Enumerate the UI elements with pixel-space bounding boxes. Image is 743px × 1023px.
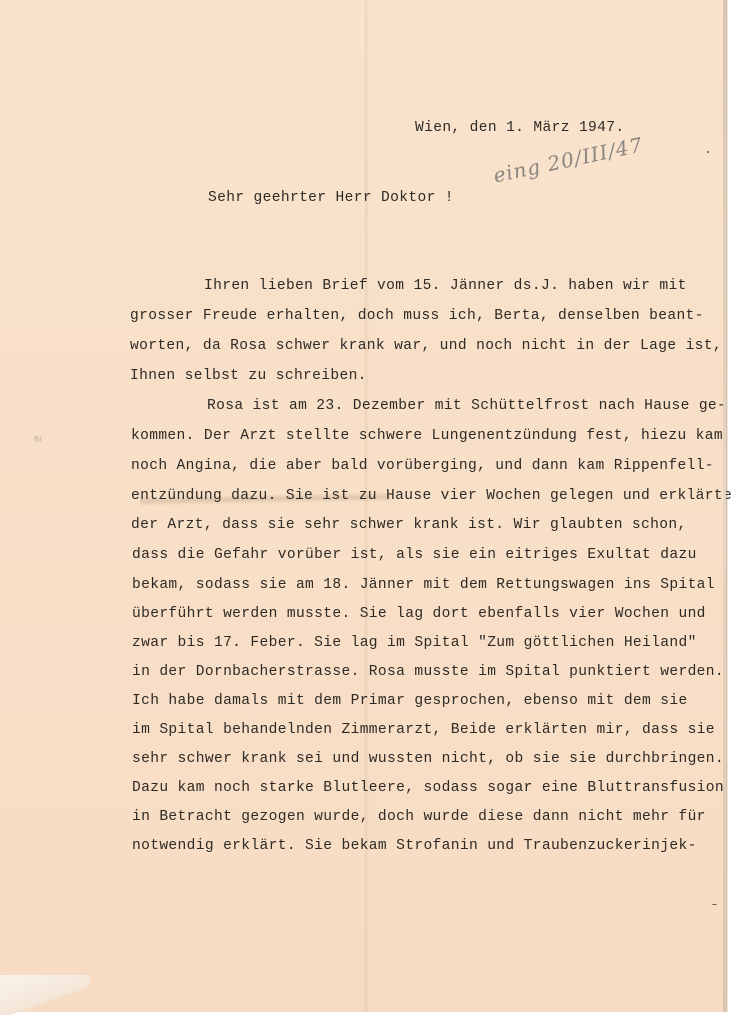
place-date: Wien, den 1. März 1947. <box>415 121 624 136</box>
body-line-15: Ich habe damals mit dem Primar gesproche… <box>132 694 688 709</box>
body-line-19: in Betracht gezogen wurde, doch wurde di… <box>132 810 706 825</box>
salutation: Sehr geehrter Herr Doktor ! <box>208 191 454 206</box>
body-line-16: im Spital behandelnden Zimmerarzt, Beide… <box>132 723 715 738</box>
paper-speck <box>712 904 717 905</box>
body-line-20: notwendig erklärt. Sie bekam Strofanin u… <box>132 839 697 854</box>
body-line-14: in der Dornbacherstrasse. Rosa musste im… <box>132 665 724 680</box>
body-line-18: Dazu kam noch starke Blutleere, sodass s… <box>132 781 724 796</box>
body-line-9: der Arzt, dass sie sehr schwer krank ist… <box>131 518 687 533</box>
body-line-4: Ihnen selbst zu schreiben. <box>130 369 367 384</box>
body-line-8: entzündung dazu. Sie ist zu Hause vier W… <box>131 489 732 504</box>
body-line-6: kommen. Der Arzt stellte schwere Lungene… <box>131 429 723 444</box>
body-line-1: Ihren lieben Brief vom 15. Jänner ds.J. … <box>204 279 687 294</box>
body-line-13: zwar bis 17. Feber. Sie lag im Spital "Z… <box>132 636 697 651</box>
margin-mark: fir <box>34 435 42 444</box>
body-line-11: bekam, sodass sie am 18. Jänner mit dem … <box>132 578 715 593</box>
body-line-5: Rosa ist am 23. Dezember mit Schüttelfro… <box>207 399 726 414</box>
corner-tear <box>0 975 90 1015</box>
body-line-2: grosser Freude erhalten, doch muss ich, … <box>130 309 704 324</box>
body-line-10: dass die Gefahr vorüber ist, als sie ein… <box>132 548 697 563</box>
received-annotation: eing 20/III/47 <box>491 132 645 187</box>
body-line-17: sehr schwer krank sei und wussten nicht,… <box>132 752 724 767</box>
body-line-12: überführt werden musste. Sie lag dort eb… <box>132 607 706 622</box>
body-line-3: worten, da Rosa schwer krank war, und no… <box>130 339 722 354</box>
body-line-7: noch Angina, die aber bald vorüberging, … <box>131 459 714 474</box>
letter-page: Wien, den 1. März 1947. eing 20/III/47 S… <box>0 0 726 1012</box>
paper-speck <box>707 151 709 153</box>
